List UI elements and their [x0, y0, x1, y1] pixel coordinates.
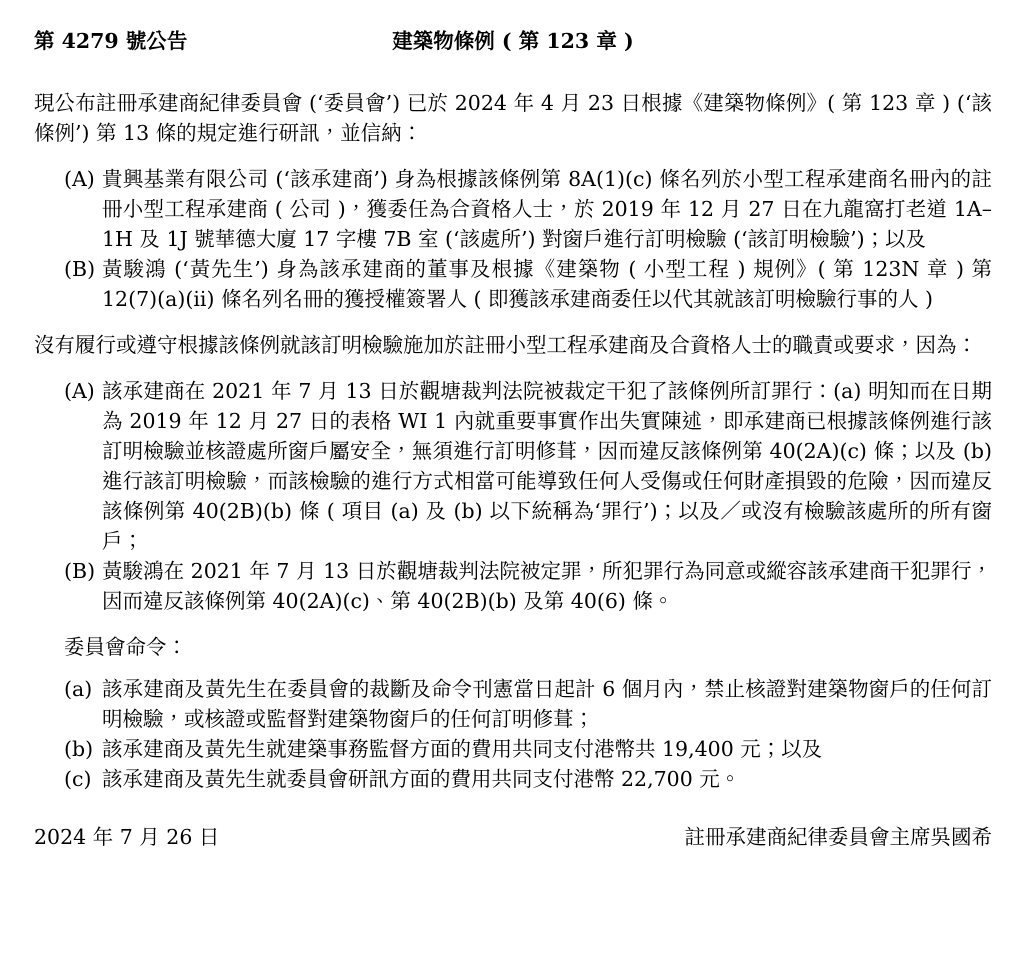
- list-item: (B) 黃駿鴻 (‘黃先生’) 身為該承建商的董事及根據《建築物 ( 小型工程 …: [64, 254, 992, 314]
- order-c-label: (c): [64, 764, 102, 794]
- list-item: (A) 該承建商在 2021 年 7 月 13 日於觀塘裁判法院被裁定干犯了該條…: [64, 376, 992, 556]
- orders-heading: 委員會命令：: [34, 632, 992, 662]
- order-a-label: (a): [64, 674, 102, 704]
- order-c-text: 該承建商及黃先生就委員會研訊方面的費用共同支付港幣 22,700 元。: [102, 764, 992, 794]
- finding-a-label: (A): [64, 164, 102, 194]
- footer-signature: 註冊承建商紀律委員會主席吳國希: [685, 822, 993, 852]
- intro-paragraph: 現公布註冊承建商紀律委員會 (‘委員會’) 已於 2024 年 4 月 23 日…: [34, 88, 992, 148]
- page-title: 建築物條例 ( 第 123 章 ): [34, 26, 992, 56]
- reason-a-label: (A): [64, 376, 102, 406]
- finding-b-label: (B): [64, 254, 102, 284]
- finding-b-text: 黃駿鴻 (‘黃先生’) 身為該承建商的董事及根據《建築物 ( 小型工程 ) 規例…: [102, 254, 992, 314]
- list-item: (c) 該承建商及黃先生就委員會研訊方面的費用共同支付港幣 22,700 元。: [64, 764, 992, 794]
- list-item: (a) 該承建商及黃先生在委員會的裁斷及命令刊憲當日起計 6 個月內，禁止核證對…: [64, 674, 992, 734]
- footer-date: 2024 年 7 月 26 日: [34, 822, 219, 852]
- list-item: (b) 該承建商及黃先生就建築事務監督方面的費用共同支付港幣共 19,400 元…: [64, 734, 992, 764]
- list-item: (B) 黃駿鴻在 2021 年 7 月 13 日於觀塘裁判法院被定罪，所犯罪行為…: [64, 556, 992, 616]
- order-b-text: 該承建商及黃先生就建築事務監督方面的費用共同支付港幣共 19,400 元；以及: [102, 734, 992, 764]
- order-b-label: (b): [64, 734, 102, 764]
- document-header: 第 4279 號公告 建築物條例 ( 第 123 章 ): [34, 26, 992, 56]
- gazette-notice-page: 第 4279 號公告 建築物條例 ( 第 123 章 ) 現公布註冊承建商紀律委…: [0, 0, 1024, 969]
- reason-a-text: 該承建商在 2021 年 7 月 13 日於觀塘裁判法院被裁定干犯了該條例所訂罪…: [102, 376, 992, 556]
- findings-list: (A) 貴興基業有限公司 (‘該承建商’) 身為根據該條例第 8A(1)(c) …: [34, 164, 992, 314]
- reasons-list: (A) 該承建商在 2021 年 7 月 13 日於觀塘裁判法院被裁定干犯了該條…: [34, 376, 992, 616]
- breach-statement: 沒有履行或遵守根據該條例就該訂明檢驗施加於註冊小型工程承建商及合資格人士的職責或…: [34, 330, 992, 360]
- list-item: (A) 貴興基業有限公司 (‘該承建商’) 身為根據該條例第 8A(1)(c) …: [64, 164, 992, 254]
- document-footer: 2024 年 7 月 26 日 註冊承建商紀律委員會主席吳國希: [34, 822, 992, 852]
- reason-b-label: (B): [64, 556, 102, 586]
- reason-b-text: 黃駿鴻在 2021 年 7 月 13 日於觀塘裁判法院被定罪，所犯罪行為同意或縱…: [102, 556, 992, 616]
- orders-list: (a) 該承建商及黃先生在委員會的裁斷及命令刊憲當日起計 6 個月內，禁止核證對…: [34, 674, 992, 794]
- order-a-text: 該承建商及黃先生在委員會的裁斷及命令刊憲當日起計 6 個月內，禁止核證對建築物窗…: [102, 674, 992, 734]
- finding-a-text: 貴興基業有限公司 (‘該承建商’) 身為根據該條例第 8A(1)(c) 條名列於…: [102, 164, 992, 254]
